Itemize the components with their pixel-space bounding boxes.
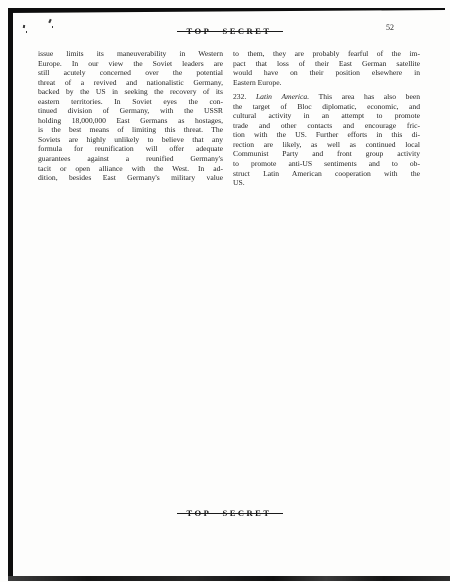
text-line: dition, besides East Germany's military …	[38, 173, 223, 183]
paragraph-232: 232. Latin America. This area has also b…	[233, 92, 420, 187]
text-line: to promote anti-US sentiments and to ob-	[233, 159, 420, 169]
text-line: Communist Party and front group activity	[233, 149, 420, 159]
text-line: rection are likely, as well as continued…	[233, 140, 420, 150]
text-line: still acutely concerned over the potenti…	[38, 68, 223, 78]
scan-border-left	[8, 8, 13, 578]
text-line: pact that loss of their East German sate…	[233, 59, 420, 69]
text-line: would have on their position elsewhere i…	[233, 68, 420, 78]
scan-artifact	[23, 25, 25, 28]
document-page: TOP SECRET 52 issue limits its maneuvera…	[0, 0, 450, 582]
text-line: Europe. In our view the Soviet leaders a…	[38, 59, 223, 69]
text-line: cultural activity in an attempt to promo…	[233, 111, 420, 121]
text-line: formula for reunification will offer ade…	[38, 144, 223, 154]
paragraph-continuation: to them, they are probably fearful of th…	[233, 49, 420, 87]
page-header: TOP SECRET 52	[38, 21, 420, 33]
text-line: threat of a revived and nationalistic Ge…	[38, 78, 223, 88]
text-line: tinued division of Germany, with the USS…	[38, 106, 223, 116]
text-line: eastern territories. In Soviet eyes the …	[38, 97, 223, 107]
text-line: Soviets are highly unlikely to believe t…	[38, 135, 223, 145]
text-segment: This area has also been	[319, 92, 420, 101]
scan-border-bottom	[8, 576, 450, 581]
text-line: struct Latin American cooperation with t…	[233, 169, 420, 179]
right-column: to them, they are probably fearful of th…	[233, 49, 420, 188]
page-footer: TOP SECRET	[38, 503, 420, 521]
text-line: is the best means of limiting this threa…	[38, 125, 223, 135]
text-line: Eastern Europe.	[233, 78, 420, 88]
scan-artifact	[26, 31, 27, 33]
left-column: issue limits its maneuverability in West…	[38, 49, 223, 188]
text-line: trade and other contacts and encourage f…	[233, 121, 420, 131]
text-line: holding 18,000,000 East Germans as hosta…	[38, 116, 223, 126]
text-line: tacit or open alliance with the West. In…	[38, 164, 223, 174]
paragraph-number: 232.	[233, 92, 246, 101]
text-line: tion with the US. Further efforts in thi…	[233, 130, 420, 140]
text-line: issue limits its maneuverability in West…	[38, 49, 223, 59]
footer-classification-stamp: TOP SECRET	[187, 508, 272, 518]
header-classification-stamp: TOP SECRET	[187, 26, 272, 36]
scan-border-top	[8, 8, 445, 13]
text-line: to them, they are probably fearful of th…	[233, 49, 420, 59]
page-number: 52	[386, 23, 394, 32]
text-line: 232. Latin America. This area has also b…	[233, 92, 420, 102]
text-line: US.	[233, 178, 420, 188]
body-text: issue limits its maneuverability in West…	[38, 49, 420, 188]
text-line: backed by the US in seeking the recovery…	[38, 87, 223, 97]
text-line: guarantees against a reunified Germany's	[38, 154, 223, 164]
paragraph-title: Latin America.	[256, 92, 309, 101]
text-line: the target of Bloc diplomatic, economic,…	[233, 102, 420, 112]
